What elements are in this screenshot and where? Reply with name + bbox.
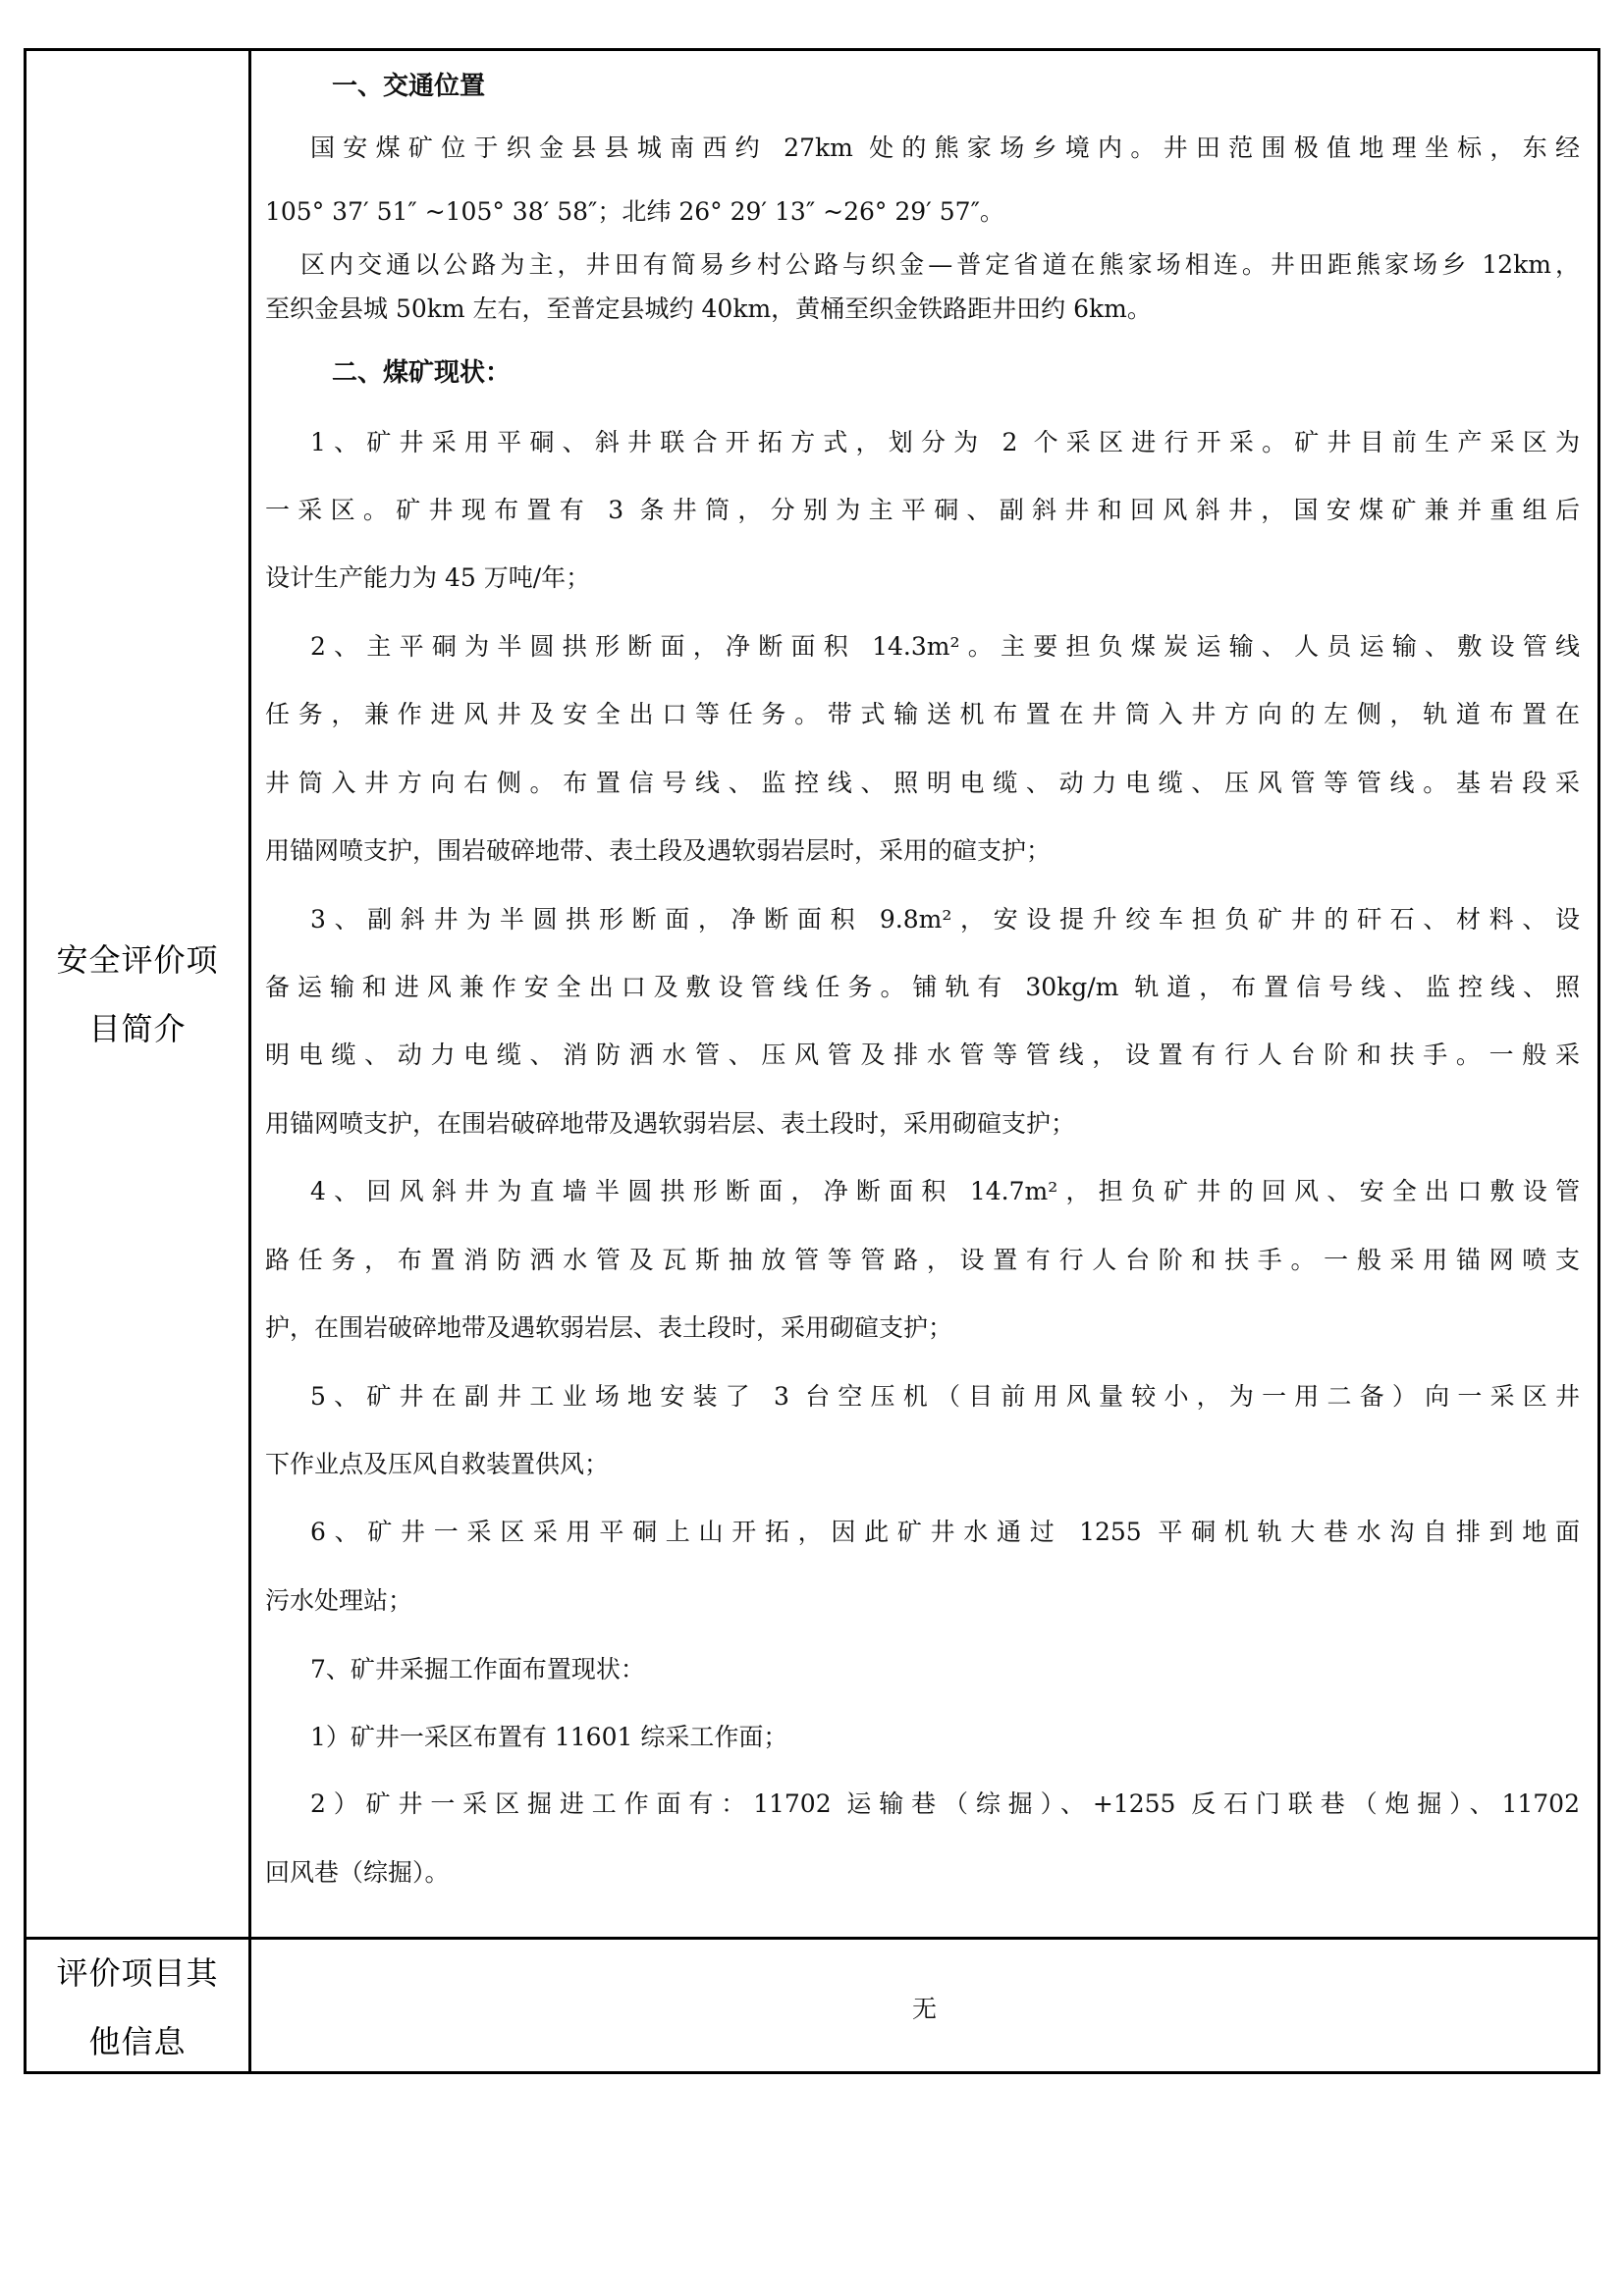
paragraph-line: 回风巷（综掘）。 [265, 1858, 1580, 1888]
paragraph-line: 国安煤矿位于织金县县城南西约 27km 处的熊家场乡境内。井田范围极值地理坐标，… [310, 133, 1580, 163]
paragraph-line: 用锚网喷支护，围岩破碎地带、表土段及遇软弱岩层时，采用的碹支护； [265, 836, 1580, 866]
paragraph-line: 105° 37′ 51″ ~105° 38′ 58″；北纬 26° 29′ 13… [265, 197, 1580, 227]
paragraph-line: 1、矿井采用平硐、斜井联合开拓方式，划分为 2 个采区进行开采。矿井目前生产采区… [310, 428, 1580, 457]
paragraph-line: 设计生产能力为 45 万吨/年； [265, 563, 1580, 593]
other-info-value: 无 [251, 1940, 1597, 2074]
project-info-table: 安全评价项 目简介 一、交通位置 国安煤矿位于织金县县城南西约 27km 处的熊… [24, 48, 1600, 2074]
label-line: 目简介 [88, 994, 186, 1063]
paragraph-line: 区内交通以公路为主，井田有简易乡村公路与织金—普定省道在熊家场相连。井田距熊家场… [300, 250, 1580, 280]
paragraph-line: 1）矿井一采区布置有 11601 综采工作面； [310, 1723, 1580, 1752]
paragraph-line: 一采区。矿井现布置有 3 条井筒，分别为主平硐、副斜井和回风斜井，国安煤矿兼并重… [265, 496, 1580, 525]
paragraph-line: 护，在围岩破碎地带及遇软弱岩层、表土段时，采用砌碹支护； [265, 1313, 1580, 1343]
paragraph-line: 6、矿井一采区采用平硐上山开拓，因此矿井水通过 1255 平硐机轨大巷水沟自排到… [310, 1518, 1580, 1547]
label-line: 他信息 [88, 2007, 186, 2076]
paragraph-line: 下作业点及压风自救装置供风； [265, 1450, 1580, 1479]
label-line: 评价项目其 [56, 1939, 218, 2007]
paragraph-line: 2）矿井一采区掘进工作面有：11702 运输巷（综掘）、+1255 反石门联巷（… [310, 1789, 1580, 1819]
paragraph-line: 2、主平硐为半圆拱形断面，净断面积 14.3m²。主要担负煤炭运输、人员运输、敷… [310, 632, 1580, 662]
paragraph-line: 井筒入井方向右侧。布置信号线、监控线、照明电缆、动力电缆、压风管等管线。基岩段采 [265, 769, 1580, 798]
paragraph-line: 明电缆、动力电缆、消防洒水管、压风管及排水管等管线，设置有行人台阶和扶手。一般采 [265, 1041, 1580, 1070]
label-line: 安全评价项 [56, 926, 218, 994]
paragraph-line: 4、回风斜井为直墙半圆拱形断面，净断面积 14.7m²，担负矿井的回风、安全出口… [310, 1177, 1580, 1206]
paragraph-line: 5、矿井在副井工业场地安装了 3 台空压机（目前用风量较小，为一用二备）向一采区… [310, 1382, 1580, 1412]
section-heading-traffic: 一、交通位置 [332, 72, 485, 101]
paragraph-line: 任务，兼作进风井及安全出口等任务。带式输送机布置在井筒入井方向的左侧，轨道布置在 [265, 700, 1580, 729]
project-intro-content: 一、交通位置 国安煤矿位于织金县县城南西约 27km 处的熊家场乡境内。井田范围… [251, 51, 1597, 1937]
paragraph-line: 路任务，布置消防洒水管及瓦斯抽放管等管路，设置有行人台阶和扶手。一般采用锚网喷支 [265, 1246, 1580, 1275]
paragraph-line: 3、副斜井为半圆拱形断面，净断面积 9.8m²，安设提升绞车担负矿井的矸石、材料… [310, 905, 1580, 934]
paragraph-line: 7、矿井采掘工作面布置现状： [310, 1655, 1580, 1684]
paragraph-line: 备运输和进风兼作安全出口及敷设管线任务。铺轨有 30kg/m 轨道，布置信号线、… [265, 973, 1580, 1002]
paragraph-line: 用锚网喷支护，在围岩破碎地带及遇软弱岩层、表土段时，采用砌碹支护； [265, 1109, 1580, 1139]
paragraph-line: 至织金县城 50km 左右，至普定县城约 40km，黄桶至织金铁路距井田约 6k… [265, 294, 1580, 324]
row-label-project-intro: 安全评价项 目简介 [27, 51, 248, 1937]
section-heading-status: 二、煤矿现状： [332, 358, 511, 388]
row-label-other-info: 评价项目其 他信息 [27, 1940, 248, 2074]
paragraph-line: 污水处理站； [265, 1586, 1580, 1616]
